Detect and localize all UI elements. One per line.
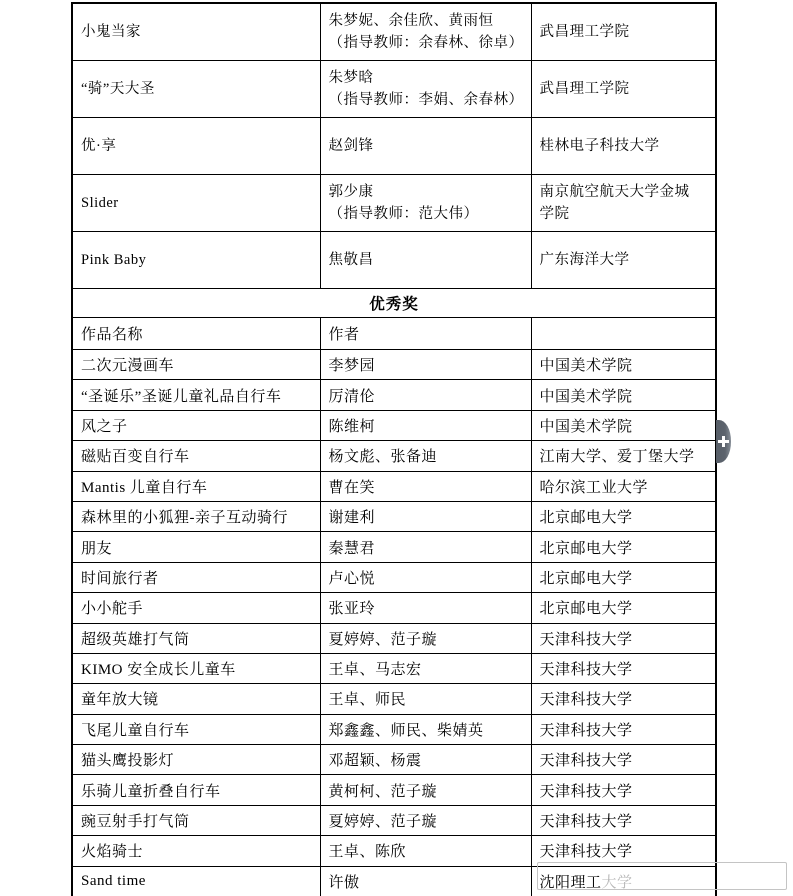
award-row-top: Slider郭少康（指导教师：范大伟）南京航空航天大学金城 学院	[72, 175, 716, 232]
award-row-top: 优·享赵剑锋桂林电子科技大学	[72, 118, 716, 175]
author-cell: 陈维柯	[320, 410, 531, 440]
award-row: 豌豆射手打气筒夏婷婷、范子璇天津科技大学	[72, 805, 716, 835]
award-row: 朋友秦慧君北京邮电大学	[72, 532, 716, 562]
author-cell: 谢建利	[320, 501, 531, 531]
award-row: 火焰骑士王卓、陈欣天津科技大学	[72, 836, 716, 866]
school-text-faded: 大学	[602, 875, 633, 891]
school-cell: 天津科技大学	[531, 653, 716, 683]
author-cell: 郭少康（指导教师：范大伟）	[320, 175, 531, 232]
work-name-cell: 超级英雄打气筒	[72, 623, 320, 653]
column-header-work-name: 作品名称	[72, 318, 320, 350]
school-cell: 天津科技大学	[531, 745, 716, 775]
work-name-cell: 二次元漫画车	[72, 350, 320, 380]
work-name-cell: 猫头鹰投影灯	[72, 745, 320, 775]
school-cell: 广东海洋大学	[531, 232, 716, 289]
school-cell: 中国美术学院	[531, 350, 716, 380]
award-row: 童年放大镜王卓、师民天津科技大学	[72, 684, 716, 714]
work-name-cell: 森林里的小狐狸-亲子互动骑行	[72, 501, 320, 531]
author-cell: 邓超颖、杨震	[320, 745, 531, 775]
author-line: 赵剑锋	[329, 135, 525, 157]
school-cell: 武昌理工学院	[531, 61, 716, 118]
school-cell: 中国美术学院	[531, 410, 716, 440]
school-cell: 江南大学、爱丁堡大学	[531, 441, 716, 471]
column-header-empty	[531, 318, 716, 350]
advisor-line: （指导教师：范大伟）	[329, 203, 525, 225]
school-cell: 沈阳理工大学	[531, 866, 716, 896]
school-cell: 武昌理工学院	[531, 3, 716, 61]
work-name-cell: Pink Baby	[72, 232, 320, 289]
award-row: 时间旅行者卢心悦北京邮电大学	[72, 562, 716, 592]
author-cell: 郑鑫鑫、师民、柴婧英	[320, 714, 531, 744]
author-cell: 朱梦妮、余佳欣、黄雨恒（指导教师：余春林、徐卓）	[320, 3, 531, 61]
author-cell: 朱梦晗（指导教师：李娟、余春林）	[320, 61, 531, 118]
author-cell: 赵剑锋	[320, 118, 531, 175]
author-cell: 王卓、师民	[320, 684, 531, 714]
author-cell: 夏婷婷、范子璇	[320, 623, 531, 653]
award-row: 猫头鹰投影灯邓超颖、杨震天津科技大学	[72, 745, 716, 775]
work-name-cell: 火焰骑士	[72, 836, 320, 866]
school-cell: 南京航空航天大学金城 学院	[531, 175, 716, 232]
author-cell: 张亚玲	[320, 593, 531, 623]
award-row: 二次元漫画车李梦园中国美术学院	[72, 350, 716, 380]
work-name-cell: 磁贴百变自行车	[72, 441, 320, 471]
award-row: Sand time许傲沈阳理工大学	[72, 866, 716, 896]
work-name-cell: Mantis 儿童自行车	[72, 471, 320, 501]
school-cell: 天津科技大学	[531, 684, 716, 714]
award-row: 乐骑儿童折叠自行车黄柯柯、范子璇天津科技大学	[72, 775, 716, 805]
work-name-cell: 时间旅行者	[72, 562, 320, 592]
work-name-cell: 优·享	[72, 118, 320, 175]
award-row: KIMO 安全成长儿童车王卓、马志宏天津科技大学	[72, 653, 716, 683]
expand-side-tab[interactable]	[716, 420, 731, 463]
work-name-cell: “骑”天大圣	[72, 61, 320, 118]
award-row-top: 小鬼当家朱梦妮、余佳欣、黄雨恒（指导教师：余春林、徐卓）武昌理工学院	[72, 3, 716, 61]
author-cell: 焦敬昌	[320, 232, 531, 289]
author-line: 朱梦晗	[329, 67, 525, 89]
work-name-cell: KIMO 安全成长儿童车	[72, 653, 320, 683]
award-row: Mantis 儿童自行车曹在笑哈尔滨工业大学	[72, 471, 716, 501]
author-cell: 卢心悦	[320, 562, 531, 592]
author-cell: 王卓、马志宏	[320, 653, 531, 683]
school-cell: 北京邮电大学	[531, 562, 716, 592]
award-row: 风之子陈维柯中国美术学院	[72, 410, 716, 440]
award-row: 超级英雄打气筒夏婷婷、范子璇天津科技大学	[72, 623, 716, 653]
school-cell: 北京邮电大学	[531, 532, 716, 562]
author-cell: 王卓、陈欣	[320, 836, 531, 866]
work-name-cell: 飞尾儿童自行车	[72, 714, 320, 744]
work-name-cell: 童年放大镜	[72, 684, 320, 714]
work-name-cell: 豌豆射手打气筒	[72, 805, 320, 835]
award-row: 小小舵手张亚玲北京邮电大学	[72, 593, 716, 623]
author-cell: 秦慧君	[320, 532, 531, 562]
author-cell: 李梦园	[320, 350, 531, 380]
author-line: 焦敬昌	[329, 249, 525, 271]
award-row: 飞尾儿童自行车郑鑫鑫、师民、柴婧英天津科技大学	[72, 714, 716, 744]
author-cell: 杨文彪、张备迪	[320, 441, 531, 471]
advisor-line: （指导教师：余春林、徐卓）	[329, 32, 525, 54]
document-page: 小鬼当家朱梦妮、余佳欣、黄雨恒（指导教师：余春林、徐卓）武昌理工学院“骑”天大圣…	[0, 0, 793, 896]
author-line: 郭少康	[329, 181, 525, 203]
work-name-cell: 风之子	[72, 410, 320, 440]
work-name-cell: 小小舵手	[72, 593, 320, 623]
work-name-cell: 乐骑儿童折叠自行车	[72, 775, 320, 805]
award-row: 磁贴百变自行车杨文彪、张备迪江南大学、爱丁堡大学	[72, 441, 716, 471]
section-title: 优秀奖	[72, 289, 716, 318]
author-cell: 许傲	[320, 866, 531, 896]
school-cell: 天津科技大学	[531, 836, 716, 866]
school-cell: 天津科技大学	[531, 805, 716, 835]
advisor-line: （指导教师：李娟、余春林）	[329, 89, 525, 111]
column-header-row: 作品名称 作者	[72, 318, 716, 350]
school-cell: 哈尔滨工业大学	[531, 471, 716, 501]
work-name-cell: Sand time	[72, 866, 320, 896]
author-cell: 曹在笑	[320, 471, 531, 501]
work-name-cell: “圣诞乐”圣诞儿童礼品自行车	[72, 380, 320, 410]
work-name-cell: Slider	[72, 175, 320, 232]
award-row: “圣诞乐”圣诞儿童礼品自行车厉清伦中国美术学院	[72, 380, 716, 410]
plus-icon	[718, 436, 729, 447]
section-header-row: 优秀奖	[72, 289, 716, 318]
school-cell: 北京邮电大学	[531, 501, 716, 531]
author-cell: 黄柯柯、范子璇	[320, 775, 531, 805]
award-row: 森林里的小狐狸-亲子互动骑行谢建利北京邮电大学	[72, 501, 716, 531]
school-text: 沈阳理工	[540, 875, 602, 891]
work-name-cell: 朋友	[72, 532, 320, 562]
school-cell: 中国美术学院	[531, 380, 716, 410]
award-row-top: “骑”天大圣朱梦晗（指导教师：李娟、余春林）武昌理工学院	[72, 61, 716, 118]
school-cell: 桂林电子科技大学	[531, 118, 716, 175]
work-name-cell: 小鬼当家	[72, 3, 320, 61]
author-cell: 厉清伦	[320, 380, 531, 410]
awards-table: 小鬼当家朱梦妮、余佳欣、黄雨恒（指导教师：余春林、徐卓）武昌理工学院“骑”天大圣…	[71, 2, 717, 896]
school-cell: 北京邮电大学	[531, 593, 716, 623]
author-cell: 夏婷婷、范子璇	[320, 805, 531, 835]
author-line: 朱梦妮、余佳欣、黄雨恒	[329, 10, 525, 32]
school-cell: 天津科技大学	[531, 714, 716, 744]
column-header-author: 作者	[320, 318, 531, 350]
school-cell: 天津科技大学	[531, 623, 716, 653]
school-cell: 天津科技大学	[531, 775, 716, 805]
award-row-top: Pink Baby焦敬昌广东海洋大学	[72, 232, 716, 289]
